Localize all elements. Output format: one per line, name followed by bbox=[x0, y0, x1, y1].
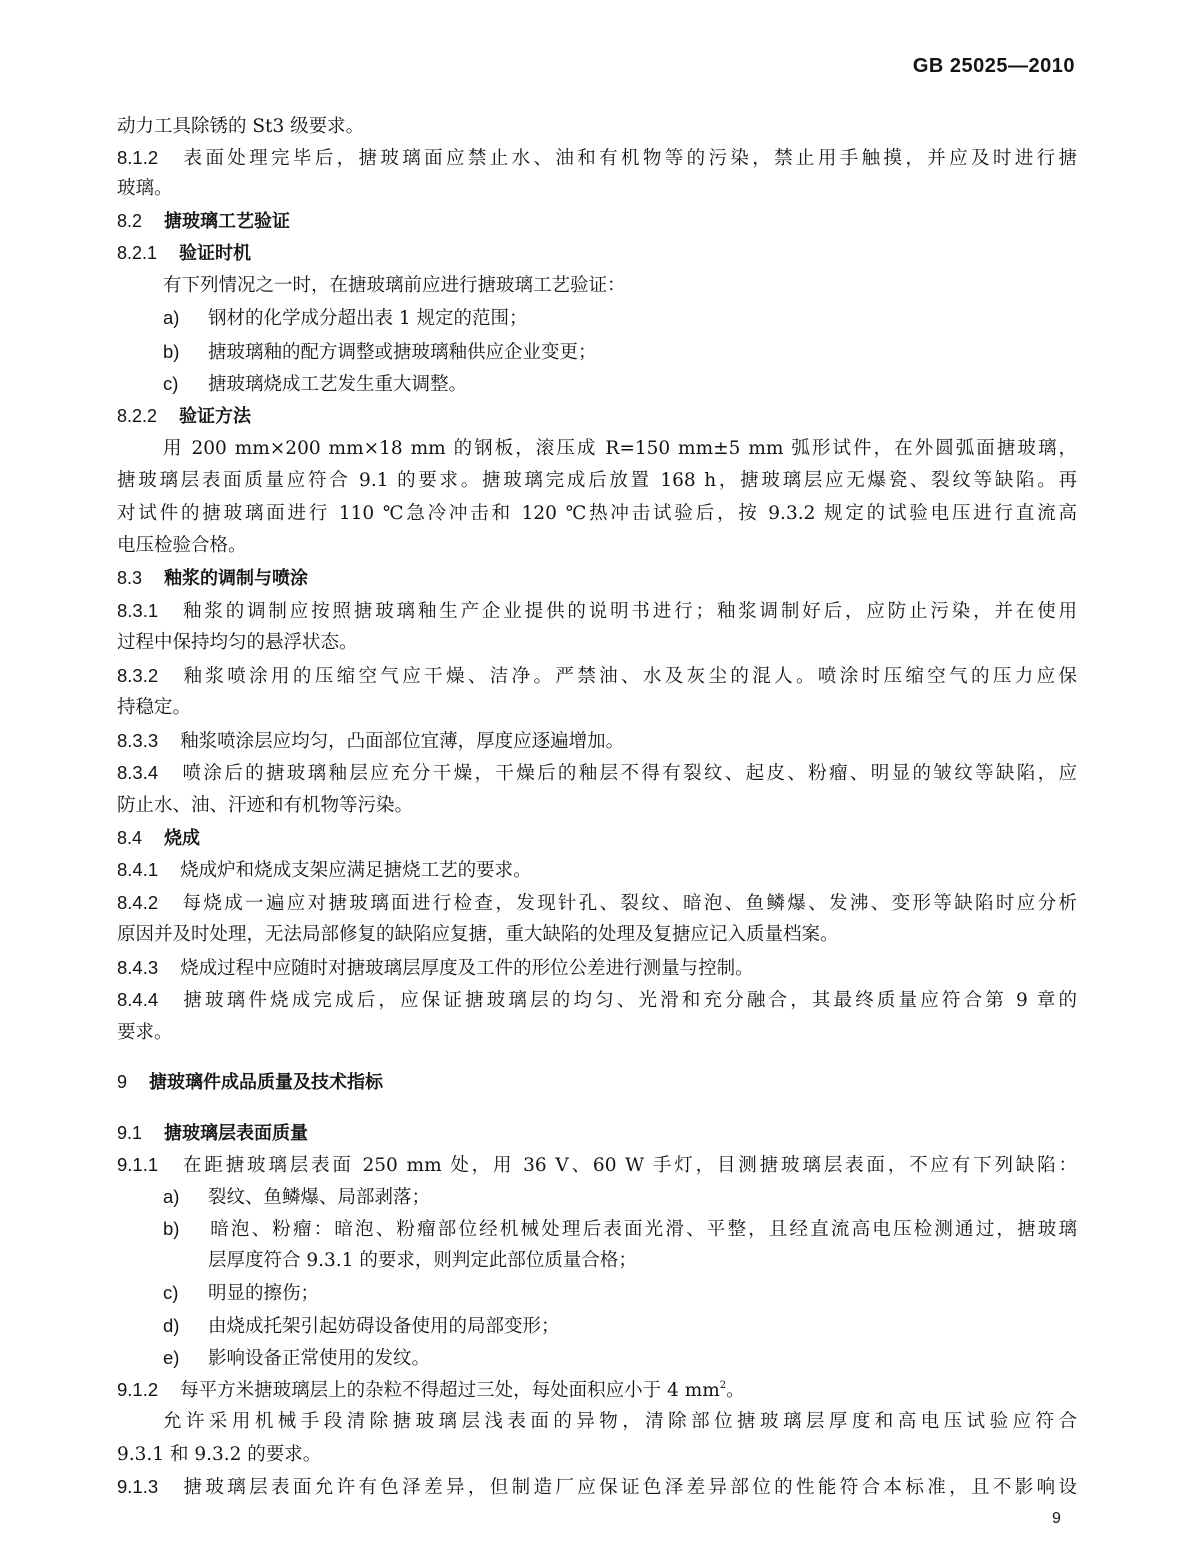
clause-number: 8.1.2 bbox=[117, 145, 158, 171]
text-line: 8.4.1烧成炉和烧成支架应满足搪烧工艺的要求。 bbox=[117, 857, 1077, 884]
line-text: 明显的擦伤； bbox=[208, 1283, 319, 1304]
list-label: c) bbox=[163, 371, 208, 397]
line-text: 暗泡、粉瘤：暗泡、粉瘤部位经机械处理后表面光滑、平整，且经直流高电压检测通过，搪… bbox=[208, 1219, 1077, 1240]
text-line: 9.1.3搪玻璃层表面允许有色泽差异，但制造厂应保证色泽差异部位的性能符合本标准… bbox=[117, 1474, 1077, 1501]
section-heading: 8.4烧成 bbox=[117, 825, 1077, 852]
text-line: c)搪玻璃烧成工艺发生重大调整。 bbox=[163, 371, 1077, 398]
text-line: 层厚度符合 9.3.1 的要求，则判定此部位质量合格； bbox=[208, 1248, 1077, 1274]
list-label: a) bbox=[163, 1184, 208, 1210]
text-line: 要求。 bbox=[117, 1020, 1077, 1046]
text-line: 用 200 mm×200 mm×18 mm 的钢板，滚压成 R=150 mm±5… bbox=[163, 436, 1077, 462]
line-text: 动力工具除锈的 St3 级要求。 bbox=[117, 116, 364, 137]
text-line: 8.3.3釉浆喷涂层应均匀，凸面部位宜薄，厚度应逐遍增加。 bbox=[117, 728, 1077, 755]
text-line: 8.3.2釉浆喷涂用的压缩空气应干燥、洁净。严禁油、水及灰尘的混人。喷涂时压缩空… bbox=[117, 663, 1077, 690]
text-line: 8.3.4喷涂后的搪玻璃釉层应充分干燥，干燥后的釉层不得有裂纹、起皮、粉瘤、明显… bbox=[117, 760, 1077, 787]
text-line: 过程中保持均匀的悬浮状态。 bbox=[117, 630, 1077, 656]
line-text: 允许采用机械手段清除搪玻璃层浅表面的异物，清除部位搪玻璃层厚度和高电压试验应符合 bbox=[163, 1411, 1077, 1432]
list-label: a) bbox=[163, 305, 208, 331]
line-text: 烧成过程中应随时对搪玻璃层厚度及工件的形位公差进行测量与控制。 bbox=[180, 958, 754, 979]
text-line: b)暗泡、粉瘤：暗泡、粉瘤部位经机械处理后表面光滑、平整，且经直流高电压检测通过… bbox=[163, 1216, 1077, 1243]
section-heading: 8.2搪玻璃工艺验证 bbox=[117, 208, 1077, 235]
line-text: 搪玻璃层表面质量应符合 9.1 的要求。搪玻璃完成后放置 168 h，搪玻璃层应… bbox=[117, 470, 1077, 491]
text-line: 8.1.2表面处理完毕后，搪玻璃面应禁止水、油和有机物等的污染，禁止用手触摸，并… bbox=[117, 145, 1077, 172]
line-text: 过程中保持均匀的悬浮状态。 bbox=[117, 632, 358, 653]
clause-number: 9 bbox=[117, 1069, 127, 1095]
line-text: 搪玻璃件成品质量及技术指标 bbox=[149, 1072, 383, 1093]
list-label: b) bbox=[163, 339, 208, 365]
line-text: 搪玻璃件烧成完成后，应保证搪玻璃层的均匀、光滑和充分融合，其最终质量应符合第 9… bbox=[180, 990, 1077, 1011]
text-line: 8.4.4搪玻璃件烧成完成后，应保证搪玻璃层的均匀、光滑和充分融合，其最终质量应… bbox=[117, 987, 1077, 1014]
text-line: a)裂纹、鱼鳞爆、局部剥落； bbox=[163, 1184, 1077, 1211]
clause-number: 9.1 bbox=[117, 1120, 142, 1146]
text-line: 8.4.2每烧成一遍应对搪玻璃面进行检查，发现针孔、裂纹、暗泡、鱼鳞爆、发沸、变… bbox=[117, 890, 1077, 917]
clause-number: 8.4.1 bbox=[117, 857, 158, 883]
page-number: 9 bbox=[1052, 1510, 1061, 1528]
text-line: 9.3.1 和 9.3.2 的要求。 bbox=[117, 1442, 1077, 1468]
line-text: 釉浆喷涂层应均匀，凸面部位宜薄，厚度应逐遍增加。 bbox=[180, 731, 624, 752]
text-line: 持稳定。 bbox=[117, 695, 1077, 721]
list-label: c) bbox=[163, 1280, 208, 1306]
text-line: c)明显的擦伤； bbox=[163, 1280, 1077, 1307]
text-line: e)影响设备正常使用的发纹。 bbox=[163, 1345, 1077, 1372]
line-text: 裂纹、鱼鳞爆、局部剥落； bbox=[208, 1187, 430, 1208]
section-heading: 8.2.1验证时机 bbox=[117, 240, 1077, 267]
text-line: 对试件的搪玻璃面进行 110 ℃急冷冲击和 120 ℃热冲击试验后，按 9.3.… bbox=[117, 501, 1077, 527]
clause-number: 8.3.2 bbox=[117, 663, 158, 689]
clause-number: 8.3 bbox=[117, 565, 142, 591]
list-label: e) bbox=[163, 1345, 208, 1371]
clause-number: 8.4.3 bbox=[117, 955, 158, 981]
line-text: 用 200 mm×200 mm×18 mm 的钢板，滚压成 R=150 mm±5… bbox=[163, 438, 1077, 459]
clause-number: 8.3.3 bbox=[117, 728, 158, 754]
line-text: 验证方法 bbox=[179, 406, 251, 427]
clause-number: 8.4 bbox=[117, 825, 142, 851]
line-text: 9.3.1 和 9.3.2 的要求。 bbox=[117, 1444, 321, 1465]
clause-number: 8.4.4 bbox=[117, 987, 158, 1013]
line-text: 搪玻璃烧成工艺发生重大调整。 bbox=[208, 374, 467, 395]
section-heading: 9搪玻璃件成品质量及技术指标 bbox=[117, 1069, 1077, 1096]
line-text: 烧成炉和烧成支架应满足搪烧工艺的要求。 bbox=[180, 860, 532, 881]
line-text: 原因并及时处理，无法局部修复的缺陷应复搪，重大缺陷的处理及复搪应记入质量档案。 bbox=[117, 924, 839, 945]
list-label: d) bbox=[163, 1313, 208, 1339]
text-line: 搪玻璃层表面质量应符合 9.1 的要求。搪玻璃完成后放置 168 h，搪玻璃层应… bbox=[117, 468, 1077, 494]
clause-number: 8.2 bbox=[117, 208, 142, 234]
clause-number: 8.3.4 bbox=[117, 760, 158, 786]
section-heading: 8.3釉浆的调制与喷涂 bbox=[117, 565, 1077, 592]
line-text: 防止水、油、汗迹和有机物等污染。 bbox=[117, 795, 413, 816]
clause-number: 8.2.2 bbox=[117, 403, 157, 429]
line-text: 烧成 bbox=[164, 828, 200, 849]
document-page: GB 25025—2010 动力工具除锈的 St3 级要求。8.1.2表面处理完… bbox=[0, 0, 1200, 1553]
line-text: 电压检验合格。 bbox=[117, 535, 247, 556]
clause-number: 8.2.1 bbox=[117, 240, 157, 266]
clause-number: 9.1.2 bbox=[117, 1377, 158, 1403]
clause-number: 9.1.1 bbox=[117, 1152, 158, 1178]
standard-id-header: GB 25025—2010 bbox=[913, 55, 1075, 78]
text-line: 原因并及时处理，无法局部修复的缺陷应复搪，重大缺陷的处理及复搪应记入质量档案。 bbox=[117, 922, 1077, 948]
line-text: 釉浆喷涂用的压缩空气应干燥、洁净。严禁油、水及灰尘的混人。喷涂时压缩空气的压力应… bbox=[180, 666, 1077, 687]
text-line: 9.1.1在距搪玻璃层表面 250 mm 处，用 36 V、60 W 手灯，目测… bbox=[117, 1152, 1077, 1179]
text-line: b)搪玻璃釉的配方调整或搪玻璃釉供应企业变更； bbox=[163, 339, 1077, 366]
line-text: 每平方米搪玻璃层上的杂粒不得超过三处，每处面积应小于 4 mm bbox=[180, 1380, 720, 1401]
line-text: 钢材的化学成分超出表 1 规定的范围； bbox=[208, 308, 528, 329]
line-text: 表面处理完毕后，搪玻璃面应禁止水、油和有机物等的污染，禁止用手触摸，并应及时进行… bbox=[180, 148, 1077, 169]
line-text: 搪玻璃釉的配方调整或搪玻璃釉供应企业变更； bbox=[208, 342, 597, 363]
line-text: 在距搪玻璃层表面 250 mm 处，用 36 V、60 W 手灯，目测搪玻璃层表… bbox=[180, 1155, 1077, 1176]
line-text: 每烧成一遍应对搪玻璃面进行检查，发现针孔、裂纹、暗泡、鱼鳞爆、发沸、变形等缺陷时… bbox=[180, 893, 1077, 914]
line-text: 有下列情况之一时，在搪玻璃前应进行搪玻璃工艺验证： bbox=[163, 275, 626, 296]
text-line: 8.4.3烧成过程中应随时对搪玻璃层厚度及工件的形位公差进行测量与控制。 bbox=[117, 955, 1077, 982]
line-text: 釉浆的调制应按照搪玻璃釉生产企业提供的说明书进行；釉浆调制好后，应防止污染，并在… bbox=[180, 601, 1077, 622]
line-text: 影响设备正常使用的发纹。 bbox=[208, 1348, 430, 1369]
text-line: a)钢材的化学成分超出表 1 规定的范围； bbox=[163, 305, 1077, 332]
line-text: 对试件的搪玻璃面进行 110 ℃急冷冲击和 120 ℃热冲击试验后，按 9.3.… bbox=[117, 503, 1077, 524]
text-line: 有下列情况之一时，在搪玻璃前应进行搪玻璃工艺验证： bbox=[163, 273, 1077, 299]
text-line: 防止水、油、汗迹和有机物等污染。 bbox=[117, 793, 1077, 819]
line-text-tail: 。 bbox=[726, 1380, 745, 1401]
line-text: 玻璃。 bbox=[117, 178, 173, 199]
text-line: 8.3.1釉浆的调制应按照搪玻璃釉生产企业提供的说明书进行；釉浆调制好后，应防止… bbox=[117, 598, 1077, 625]
text-line: 动力工具除锈的 St3 级要求。 bbox=[117, 114, 1077, 140]
text-line: 电压检验合格。 bbox=[117, 533, 1077, 559]
text-line: 玻璃。 bbox=[117, 176, 1077, 202]
text-line: d)由烧成托架引起妨碍设备使用的局部变形； bbox=[163, 1313, 1077, 1340]
line-text: 喷涂后的搪玻璃釉层应充分干燥，干燥后的釉层不得有裂纹、起皮、粉瘤、明显的皱纹等缺… bbox=[180, 763, 1077, 784]
line-text: 搪玻璃层表面允许有色泽差异，但制造厂应保证色泽差异部位的性能符合本标准，且不影响… bbox=[180, 1477, 1077, 1498]
line-text: 层厚度符合 9.3.1 的要求，则判定此部位质量合格； bbox=[208, 1250, 637, 1271]
text-line: 允许采用机械手段清除搪玻璃层浅表面的异物，清除部位搪玻璃层厚度和高电压试验应符合 bbox=[163, 1409, 1077, 1435]
line-text: 要求。 bbox=[117, 1022, 173, 1043]
line-text: 釉浆的调制与喷涂 bbox=[164, 568, 308, 589]
line-text: 搪玻璃层表面质量 bbox=[164, 1123, 308, 1144]
line-text: 搪玻璃工艺验证 bbox=[164, 211, 290, 232]
line-text: 持稳定。 bbox=[117, 697, 191, 718]
clause-number: 9.1.3 bbox=[117, 1474, 158, 1500]
clause-number: 8.3.1 bbox=[117, 598, 158, 624]
section-heading: 8.2.2验证方法 bbox=[117, 403, 1077, 430]
section-heading: 9.1搪玻璃层表面质量 bbox=[117, 1120, 1077, 1147]
list-label: b) bbox=[163, 1216, 208, 1242]
line-text: 由烧成托架引起妨碍设备使用的局部变形； bbox=[208, 1316, 560, 1337]
line-text: 验证时机 bbox=[179, 243, 251, 264]
clause-number: 8.4.2 bbox=[117, 890, 158, 916]
text-line: 9.1.2每平方米搪玻璃层上的杂粒不得超过三处，每处面积应小于 4 mm2。 bbox=[117, 1377, 1077, 1404]
